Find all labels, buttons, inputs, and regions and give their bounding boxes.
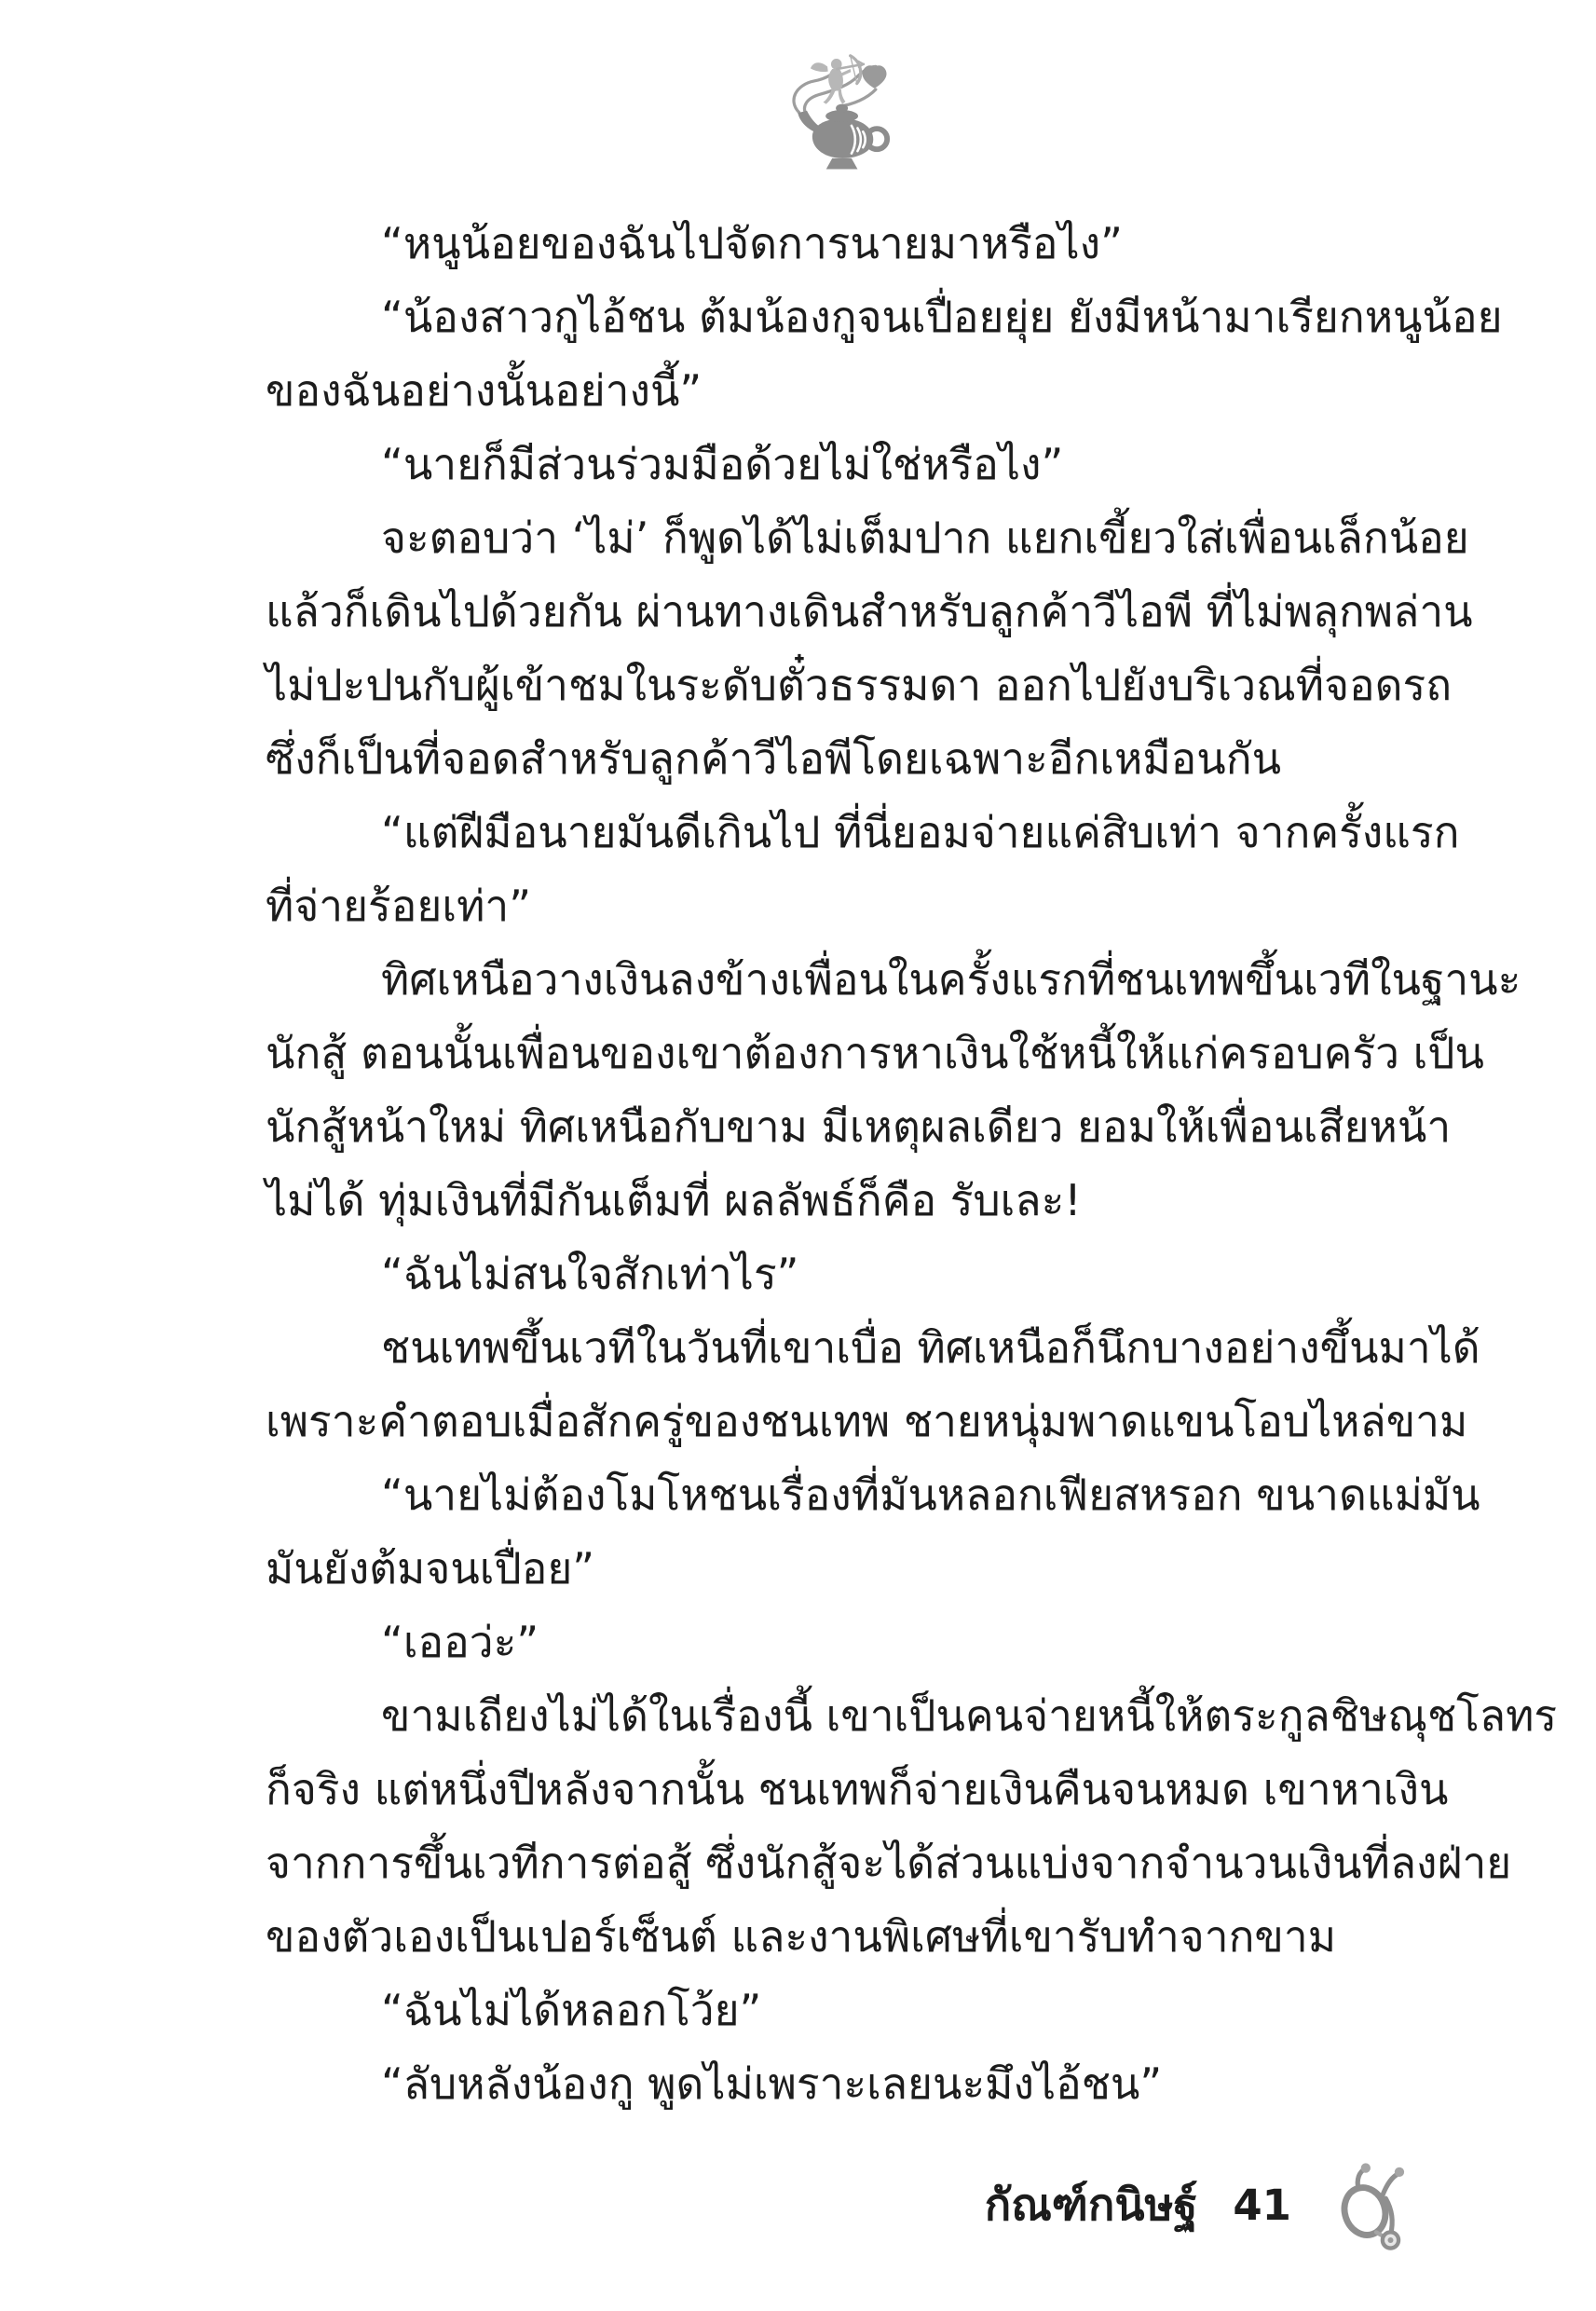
footer-book-title: กัณฑ์กนิษฐ์ [985,2161,1198,2250]
text-line: ไม่ปะปนกับผู้เข้าชมในระดับตั๋วธรรมดา ออก… [266,649,1421,722]
text-line: ของฉันอย่างนั้นอย่างนี้” [266,354,1421,428]
text-line: เพราะคำตอบเมื่อสักครู่ของชนเทพ ชายหนุ่มพ… [266,1385,1421,1458]
text-line: “เออว่ะ” [266,1606,1421,1679]
text-line: “ลับหลังน้องกู พูดไม่เพราะเลยนะมึงไอ้ชน” [266,2047,1421,2121]
text-line: นักสู้หน้าใหม่ ทิศเหนือกับขาม มีเหตุผลเด… [266,1090,1421,1164]
text-line: ของตัวเองเป็นเปอร์เซ็นต์ และงานพิเศษที่เ… [266,1900,1421,1974]
cupid-lamp-ornament [778,48,901,175]
lamp-icon [798,104,887,170]
text-line: “ฉันไม่สนใจสักเท่าไร” [266,1238,1421,1311]
text-line: “นายก็มีส่วนร่วมมือด้วยไม่ใช่หรือไง” [266,428,1421,501]
text-line: ทิศเหนือวางเงินลงข้างเพื่อนในครั้งแรกที่… [266,943,1421,1017]
stethoscope-icon [1336,2160,1416,2251]
footer-page-number: 41 [1233,2161,1291,2250]
text-line: นักสู้ ตอนนั้นเพื่อนของเขาต้องการหาเงินใ… [266,1017,1421,1090]
text-line: จากการขึ้นเวทีการต่อสู้ ซึ่งนักสู้จะได้ส… [266,1826,1421,1900]
cupid-lamp-ornament-svg [778,48,901,175]
heart-icon [863,65,887,88]
text-line: “แต่ฝีมือนายมันดีเกินไป ที่นี่ยอมจ่ายแค่… [266,796,1421,869]
text-line: ชนเทพขึ้นเวทีในวันที่เขาเบื่อ ทิศเหนือก็… [266,1311,1421,1385]
text-line: “น้องสาวกูไอ้ชน ต้มน้องกูจนเปื่อยยุ่ย ยั… [266,280,1421,354]
body-text: “หนูน้อยของฉันไปจัดการนายมาหรือไง”“น้องส… [266,207,1421,2121]
book-page: “หนูน้อยของฉันไปจัดการนายมาหรือไง”“น้องส… [0,0,1596,2311]
text-line: มันยังต้มจนเปื่อย” [266,1532,1421,1606]
text-line: “หนูน้อยของฉันไปจัดการนายมาหรือไง” [266,207,1421,280]
text-line: ก็จริง แต่หนึ่งปีหลังจากนั้น ชนเทพก็จ่าย… [266,1753,1421,1826]
text-line: จะตอบว่า ‘ไม่’ ก็พูดได้ไม่เต็มปาก แยกเขี… [266,501,1421,575]
text-line: “ฉันไม่ได้หลอกโว้ย” [266,1974,1421,2047]
text-line: ที่จ่ายร้อยเท่า” [266,869,1421,943]
stethoscope-icon-svg [1336,2160,1416,2251]
text-line: ขามเถียงไม่ได้ในเรื่องนี้ เขาเป็นคนจ่ายห… [266,1679,1421,1753]
page-footer: กัณฑ์กนิษฐ์ 41 [985,2160,1416,2251]
text-line: แล้วก็เดินไปด้วยกัน ผ่านทางเดินสำหรับลูก… [266,575,1421,649]
text-line: “นายไม่ต้องโมโหชนเรื่องที่มันหลอกเฟียสหร… [266,1458,1421,1532]
text-line: ซึ่งก็เป็นที่จอดสำหรับลูกค้าวีไอพีโดยเฉพ… [266,722,1421,796]
text-line: ไม่ได้ ทุ่มเงินที่มีกันเต็มที่ ผลลัพธ์ก็… [266,1164,1421,1238]
